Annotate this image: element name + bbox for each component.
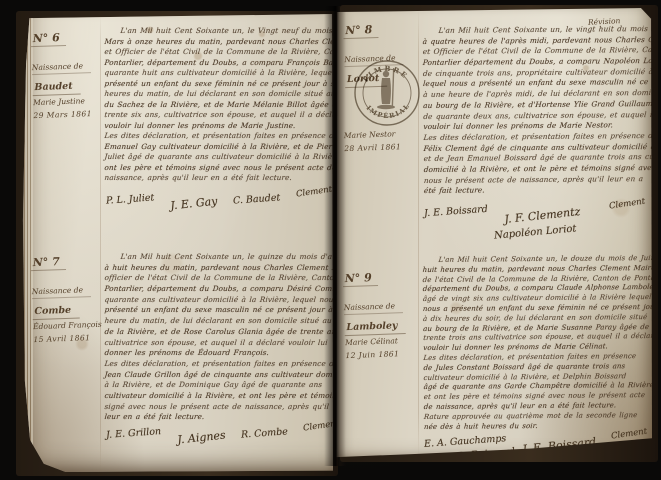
record-number: N° 7 [31,255,67,271]
timbre-imperial-stamp: TIMBRE IMPÉRIAL [352,58,422,128]
signature: Napoléon Loriot [493,223,576,241]
act-text-record-7: L'an Mil huit Cent Soixante un, le quinz… [104,252,330,423]
margin-note-record-8-continued: Marie Nestor 28 Avril 1861 [344,127,411,155]
margin-date: 28 Avril 1861 [344,140,410,155]
signature: J. Aignes [177,428,226,446]
handwritten-line: signé avec nous le présent acte de naiss… [104,402,331,413]
svg-text:IMPÉRIAL: IMPÉRIAL [365,102,412,120]
handwritten-line: vouloir lui donner les prénoms de Marie … [104,121,331,132]
signatures-record-6: P. L. JulietJ. E. GayC. BaudetClement [106,194,330,207]
handwritten-line: L'an Mil huit Cent Soixante un, le Vingt… [104,26,331,37]
handwritten-line: quarante ans cultivateur domicilié à la … [104,295,331,306]
signature: P. L. Juliet [106,192,155,206]
handwritten-line: leur en a été fait lecture. [104,412,331,423]
signature: J. F. Clementz [504,205,581,226]
margin-note-record-9: N° 9 Naissance de Lamboley Marie Célinat… [342,265,411,362]
handwritten-line: Mars à onze heures du matin, pardevant n… [104,37,331,48]
father-signature-record-8: Napoléon Loriot [424,227,646,238]
handwritten-line: heures du matin, de lui déclarant en son… [104,89,331,100]
record-number: N° 9 [343,271,379,287]
handwritten-line: à huit heures du matin, pardevant nous C… [104,263,331,274]
record-number: N° 8 [343,23,379,39]
handwritten-line: été fait lecture. [423,184,650,197]
handwritten-line: cultivateur domicilié à la Rivière, et o… [104,391,331,402]
margin-surname: Baudet [32,78,81,96]
signature: R. Combe [241,426,289,440]
handwritten-line: Pontarlier, département du Doubs, a comp… [104,58,331,69]
register-scan-photo: N° 6 Naissance de Baudet Marie Justine 2… [0,0,661,480]
handwritten-line: présenté un enfant du sexe masculin né c… [104,305,331,316]
right-page: Révision N° 8 Naissance de Loriot TIMBRE… [336,8,652,458]
handwritten-line: trente six ans, cultivatrice son épouse,… [104,110,331,121]
handwritten-line: Jean Claude Grillon âgé de cinquante ans… [104,370,331,381]
act-text-record-9: L'an Mil huit Cent Soixante un, le douze… [422,254,650,432]
handwritten-line: ont les père et témoins signé avec nous … [104,163,331,174]
margin-act-type: Naissance de [32,283,92,299]
handwritten-line: Les dites déclaration, et présentation f… [104,131,331,142]
margin-note-record-7: N° 7 Naissance de Combe Édouard François… [30,249,99,346]
handwritten-line: présenté un enfant du sexe féminin né ce… [104,79,331,90]
margin-date: 29 Mars 1861 [33,107,99,122]
signature: J. E. Boissard [424,204,488,219]
signature: Clement [608,197,645,212]
act-text-record-8: L'an Mil huit Cent Soixante un, le vingt… [422,24,649,197]
signature: J. E. Grillon [106,426,162,441]
handwritten-line: Juliet âgé de quarante ans cultivateur d… [104,152,331,163]
handwritten-line: Les dites déclaration, et présentation f… [104,359,331,370]
signature: J. E. Gay [170,195,218,213]
signatures-record-8: J. E. BoissardJ. F. ClementzClement [424,206,646,219]
margin-date: 12 Juin 1861 [345,347,411,362]
act-text-record-6: L'an Mil huit Cent Soixante un, le Vingt… [104,26,330,184]
record-number: N° 6 [31,31,67,47]
signature: Clement [295,185,332,200]
handwritten-line: Pontarlier, département du Doubs, a comp… [104,284,331,295]
handwritten-line: à la Rivière, et de Dominique Gay âgé de… [104,380,331,391]
handwritten-line: quarante huit ans cultivateur domicilié … [104,68,331,79]
handwritten-line: de la Rivière, et de Rose Carolus Glania… [104,327,331,338]
stamp-text-bottom: IMPÉRIAL [365,102,412,120]
left-page: N° 6 Naissance de Baudet Marie Justine 2… [22,14,333,472]
handwritten-line: cultivatrice son épouse, et auquel il a … [104,338,331,349]
margin-rule [100,14,101,472]
handwritten-line: du Sachez de la Rivière, et de Marie Mél… [104,100,331,111]
handwritten-line: Emanuel Gay cultivateur domicilié à la R… [104,142,331,153]
margin-note-record-6: N° 6 Naissance de Baudet Marie Justine 2… [30,25,99,122]
margin-act-type: Naissance de [32,59,92,75]
margin-date: 15 Avril 1861 [33,331,99,346]
margin-surname: Combe [32,303,79,321]
signatures-record-7: J. E. GrillonJ. AignesR. CombeClement [106,428,330,441]
handwritten-line: L'an Mil huit Cent Soixante un, le quinz… [104,252,331,263]
handwritten-line: heure du matin, de lui déclarant en son … [104,316,331,327]
handwritten-line: et Officier de l'état Civil de la Commun… [104,47,331,58]
signature: C. Baudet [233,192,281,206]
handwritten-line: naissance, après qu'il leur en a été fai… [104,173,331,184]
handwritten-line: donner les prénoms de Édouard François. [104,348,331,359]
handwritten-line: officier de l'état Civil de la Commune d… [104,273,331,284]
